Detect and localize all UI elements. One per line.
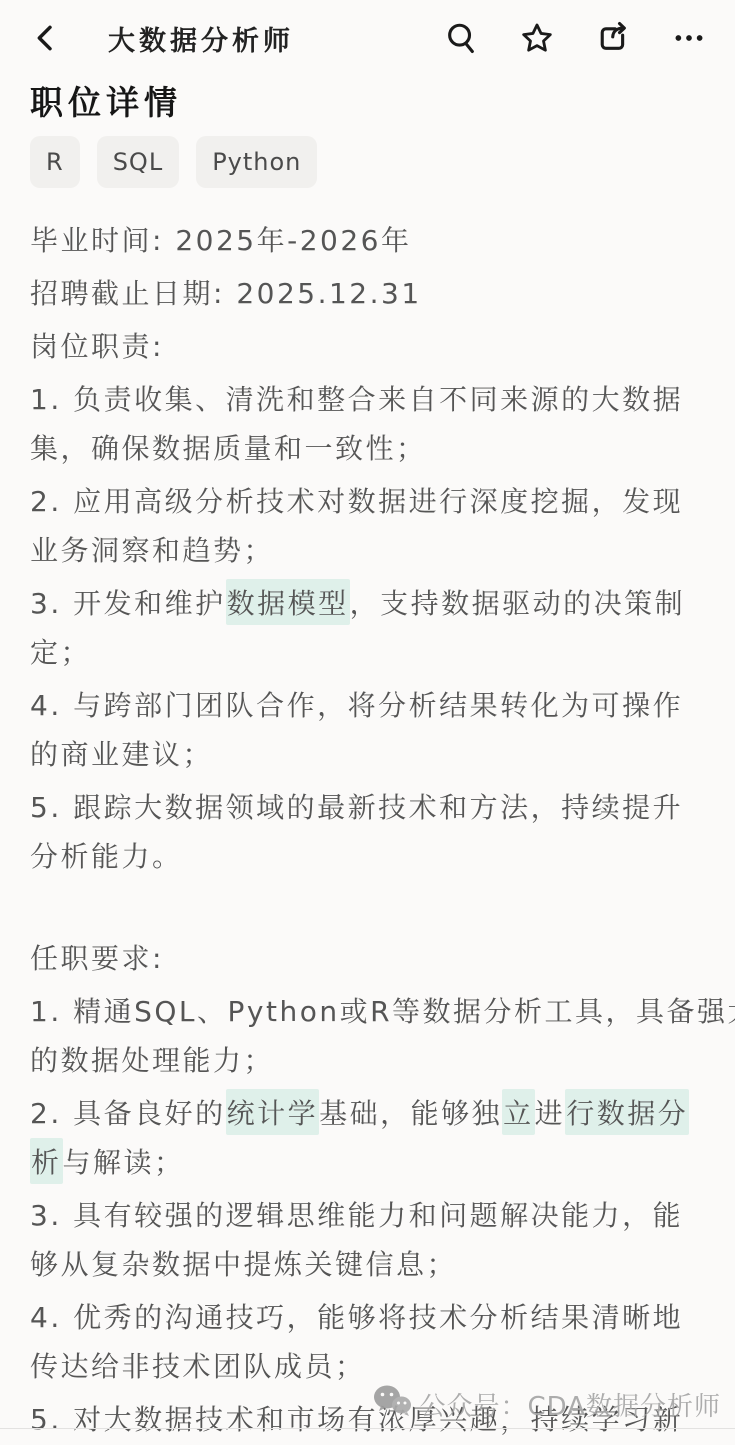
page-title: 职位详情 [30, 82, 705, 124]
text-segment: 2. 具备良好的 [30, 1092, 226, 1132]
text-segment: 3. 具有较强的逻辑思维能力和问题解决能力，能 [30, 1194, 683, 1234]
star-icon [520, 21, 554, 55]
text-segment: 4. 优秀的沟通技巧，能够将技术分析结果清晰地 [30, 1296, 683, 1336]
text-segment: 1. 精通SQL、Python或R等数据分析工具，具备强大 [30, 990, 735, 1030]
text-line: 5. 对大数据技术和市场有浓厚兴趣，持续学习新 [30, 1393, 705, 1442]
nav-actions [443, 20, 707, 56]
text-line: 1. 精通SQL、Python或R等数据分析工具，具备强大 [30, 985, 705, 1034]
text-segment: 4. 与跨部门团队合作，将分析结果转化为可操作 [30, 684, 683, 724]
highlighted-text: 立 [502, 1089, 535, 1135]
search-icon [444, 21, 478, 55]
highlighted-text: 统计学 [226, 1089, 320, 1135]
text-segment: ，支持数据驱动的决策制 [350, 582, 686, 622]
share-icon [596, 21, 630, 55]
text-line: 够从复杂数据中提炼关键信息； [30, 1238, 705, 1287]
more-button[interactable] [671, 20, 707, 56]
nav-title: 大数据分析师 [108, 19, 294, 58]
text-line: 集，确保数据质量和一致性； [30, 422, 705, 471]
text-segment: 3. 开发和维护 [30, 582, 226, 622]
text-segment: 毕业时间: 2025年-2026年 [30, 219, 411, 259]
text-line: 岗位职责: [30, 320, 705, 369]
text-line: 的商业建议； [30, 728, 705, 777]
text-line: 2. 具备良好的统计学基础，能够独立进行数据分 [30, 1087, 705, 1136]
text-line: 4. 与跨部门团队合作，将分析结果转化为可操作 [30, 679, 705, 728]
text-line: 析与解读； [30, 1136, 705, 1185]
text-line: 业务洞察和趋势； [30, 524, 705, 573]
text-segment: 5. 跟踪大数据领域的最新技术和方法，持续提升 [30, 786, 683, 826]
tag-list: RSQLPython [30, 136, 705, 188]
text-line: 传达给非技术团队成员； [30, 1340, 705, 1389]
text-segment: 定； [30, 631, 91, 671]
text-line: 3. 开发和维护数据模型，支持数据驱动的决策制 [30, 577, 705, 626]
text-line: 1. 负责收集、清洗和整合来自不同来源的大数据 [30, 373, 705, 422]
text-segment: 2. 应用高级分析技术对数据进行深度挖掘，发现 [30, 480, 683, 520]
favorite-button[interactable] [519, 20, 555, 56]
text-segment: 招聘截止日期: 2025.12.31 [30, 272, 422, 312]
skill-tag: Python [196, 136, 317, 188]
highlighted-text: 析 [30, 1138, 63, 1184]
text-line: 2. 应用高级分析技术对数据进行深度挖掘，发现 [30, 475, 705, 524]
text-segment: 进 [535, 1092, 566, 1132]
text-segment: 岗位职责: [30, 325, 164, 365]
skill-tag: R [30, 136, 80, 188]
divider [0, 1428, 735, 1429]
text-segment: 与解读； [63, 1141, 185, 1181]
text-segment: 传达给非技术团队成员； [30, 1345, 366, 1385]
text-line: 招聘截止日期: 2025.12.31 [30, 267, 705, 316]
text-segment: 1. 负责收集、清洗和整合来自不同来源的大数据 [30, 378, 683, 418]
text-line: 定； [30, 626, 705, 675]
text-line: 的数据处理能力； [30, 1034, 705, 1083]
search-button[interactable] [443, 20, 479, 56]
text-segment: 5. 对大数据技术和市场有浓厚兴趣，持续学习新 [30, 1398, 683, 1438]
text-line: 任职要求: [30, 932, 705, 981]
highlighted-text: 行数据分 [565, 1089, 689, 1135]
highlighted-text: 数据模型 [226, 579, 350, 625]
text-line: 分析能力。 [30, 830, 705, 879]
text-segment: 分析能力。 [30, 835, 183, 875]
text-line: 5. 跟踪大数据领域的最新技术和方法，持续提升 [30, 781, 705, 830]
back-icon [30, 22, 62, 54]
back-button[interactable] [28, 20, 64, 56]
more-icon [672, 21, 706, 55]
text-segment: 的数据处理能力； [30, 1039, 274, 1079]
job-description: 毕业时间: 2025年-2026年招聘截止日期: 2025.12.31岗位职责:… [30, 214, 705, 1442]
skill-tag: SQL [97, 136, 180, 188]
job-detail-page: 职位详情 RSQLPython 毕业时间: 2025年-2026年招聘截止日期:… [0, 82, 735, 1442]
text-segment: 够从复杂数据中提炼关键信息； [30, 1243, 457, 1283]
text-line: 3. 具有较强的逻辑思维能力和问题解决能力，能 [30, 1189, 705, 1238]
text-segment: 业务洞察和趋势； [30, 529, 274, 569]
text-line: 毕业时间: 2025年-2026年 [30, 214, 705, 263]
text-segment: 集，确保数据质量和一致性； [30, 427, 427, 467]
text-line: 4. 优秀的沟通技巧，能够将技术分析结果清晰地 [30, 1291, 705, 1340]
share-button[interactable] [595, 20, 631, 56]
blank-line [30, 879, 705, 928]
text-segment: 基础，能够独 [319, 1092, 502, 1132]
nav-bar: 大数据分析师 [0, 0, 735, 76]
text-segment: 任职要求: [30, 937, 164, 977]
text-segment: 的商业建议； [30, 733, 213, 773]
